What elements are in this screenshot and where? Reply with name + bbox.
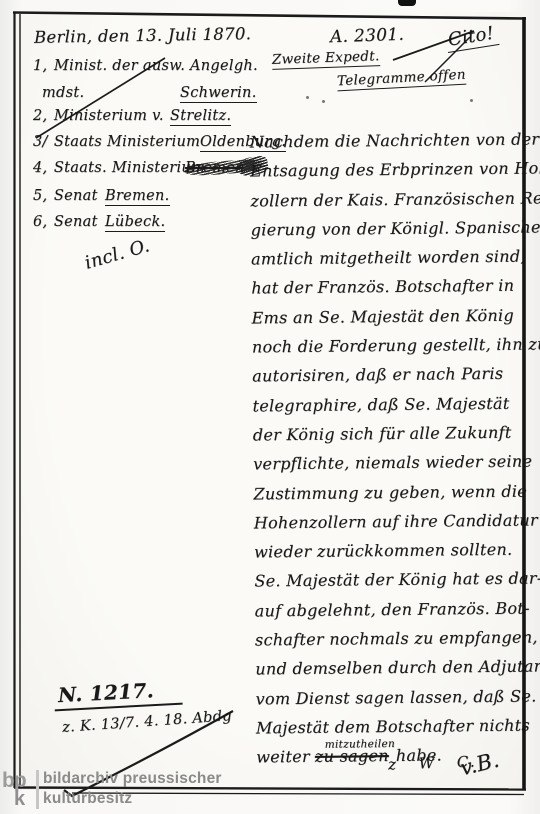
bpk-logo-bottom: k: [14, 788, 25, 811]
body-line: wieder zurückkommen sollten.: [254, 535, 532, 567]
body-line: telegraphire, daß Se. Majestät: [252, 388, 530, 420]
document-number: A. 2301.: [330, 25, 405, 48]
ink-dot: [322, 100, 325, 103]
body-line: Ems an Se. Majestät den König: [251, 300, 529, 332]
body-line: autorisiren, daß er nach Paris: [252, 359, 530, 391]
bpk-logo: bp k: [2, 769, 34, 809]
item-number: 3/: [33, 134, 49, 150]
body-line: gierung von der Königl. Spanischen: [251, 212, 529, 244]
distribution-item-continuation: mdst. Schwerin.: [42, 85, 322, 107]
body-line: amtlich mitgetheilt worden sind,: [251, 242, 529, 274]
body-line: auf abgelehnt, den Französ. Bot-: [255, 593, 533, 625]
photograph-of-document: Berlin, den 13. Juli 1870. A. 2301. Cito…: [0, 0, 540, 814]
ink-dot: [470, 99, 473, 102]
item-place: Bremen.: [105, 188, 170, 206]
item-number: 2,: [33, 108, 49, 124]
body-line: schafter nochmals zu empfangen,: [255, 623, 533, 655]
body-line: Nachdem die Nachrichten von der: [250, 125, 528, 157]
body-line: noch die Forderung gestellt, ihn zu: [252, 330, 530, 362]
body-line: vom Dienst sagen lassen, daß Se.: [255, 681, 533, 713]
body-line: der König sich für alle Zukunft: [253, 418, 531, 450]
item-number: 1,: [33, 58, 49, 74]
closing-prefix: weiter: [256, 747, 310, 767]
distribution-item: 1, Minist. der ausw. Angelgh.: [33, 58, 313, 80]
item-label: Senat: [54, 188, 98, 204]
item-number: 5,: [33, 188, 49, 204]
item-label: Senat: [54, 214, 98, 230]
item-place: Strelitz.: [170, 108, 231, 126]
item-number: 6,: [33, 214, 49, 230]
body-line: zollern der Kais. Französischen Re-: [250, 183, 528, 215]
archive-name: bildarchiv preussischer kulturbesitz: [43, 769, 222, 809]
correction: mitzutheilenzu sagen: [315, 741, 389, 771]
archive-watermark: bp k bildarchiv preussischer kulturbesit…: [2, 769, 222, 809]
item-place: Schwerin.: [180, 85, 257, 103]
ink-dot: [306, 96, 309, 99]
archive-name-line1: bildarchiv preussischer: [43, 769, 222, 789]
body-line: Zustimmung zu geben, wenn die: [253, 476, 531, 508]
item-label: Staats Ministerium: [54, 134, 200, 150]
inserted-word: mitzutheilen: [325, 730, 396, 760]
item-label: Minist. der ausw. Angelgh.: [54, 58, 258, 74]
body-line: Entsagung des Erbprinzen von Hohen-: [250, 154, 528, 186]
archive-name-line2: kulturbesitz: [43, 789, 222, 809]
item-number: 4,: [33, 160, 49, 176]
body-line: hat der Französ. Botschafter in: [251, 271, 529, 303]
item-label: mdst.: [42, 85, 84, 101]
photo-edge-mark: [398, 0, 416, 6]
bpk-logo-divider: [36, 770, 39, 809]
body-line: und demselben durch den Adjutanten: [255, 652, 533, 684]
body-line: Se. Majestät der König hat es dar-: [254, 564, 532, 596]
item-label: Staats. Ministerium: [54, 160, 205, 176]
body-line: verpflichte, niemals wieder seine: [253, 447, 531, 479]
item-place: Lübeck.: [105, 214, 165, 232]
item-label: Ministerium v.: [54, 108, 164, 124]
dateline: Berlin, den 13. Juli 1870.: [34, 24, 252, 47]
body-text: Nachdem die Nachrichten von der Entsagun…: [250, 125, 535, 772]
body-line: Hohenzollern auf ihre Candidatur: [254, 505, 532, 537]
